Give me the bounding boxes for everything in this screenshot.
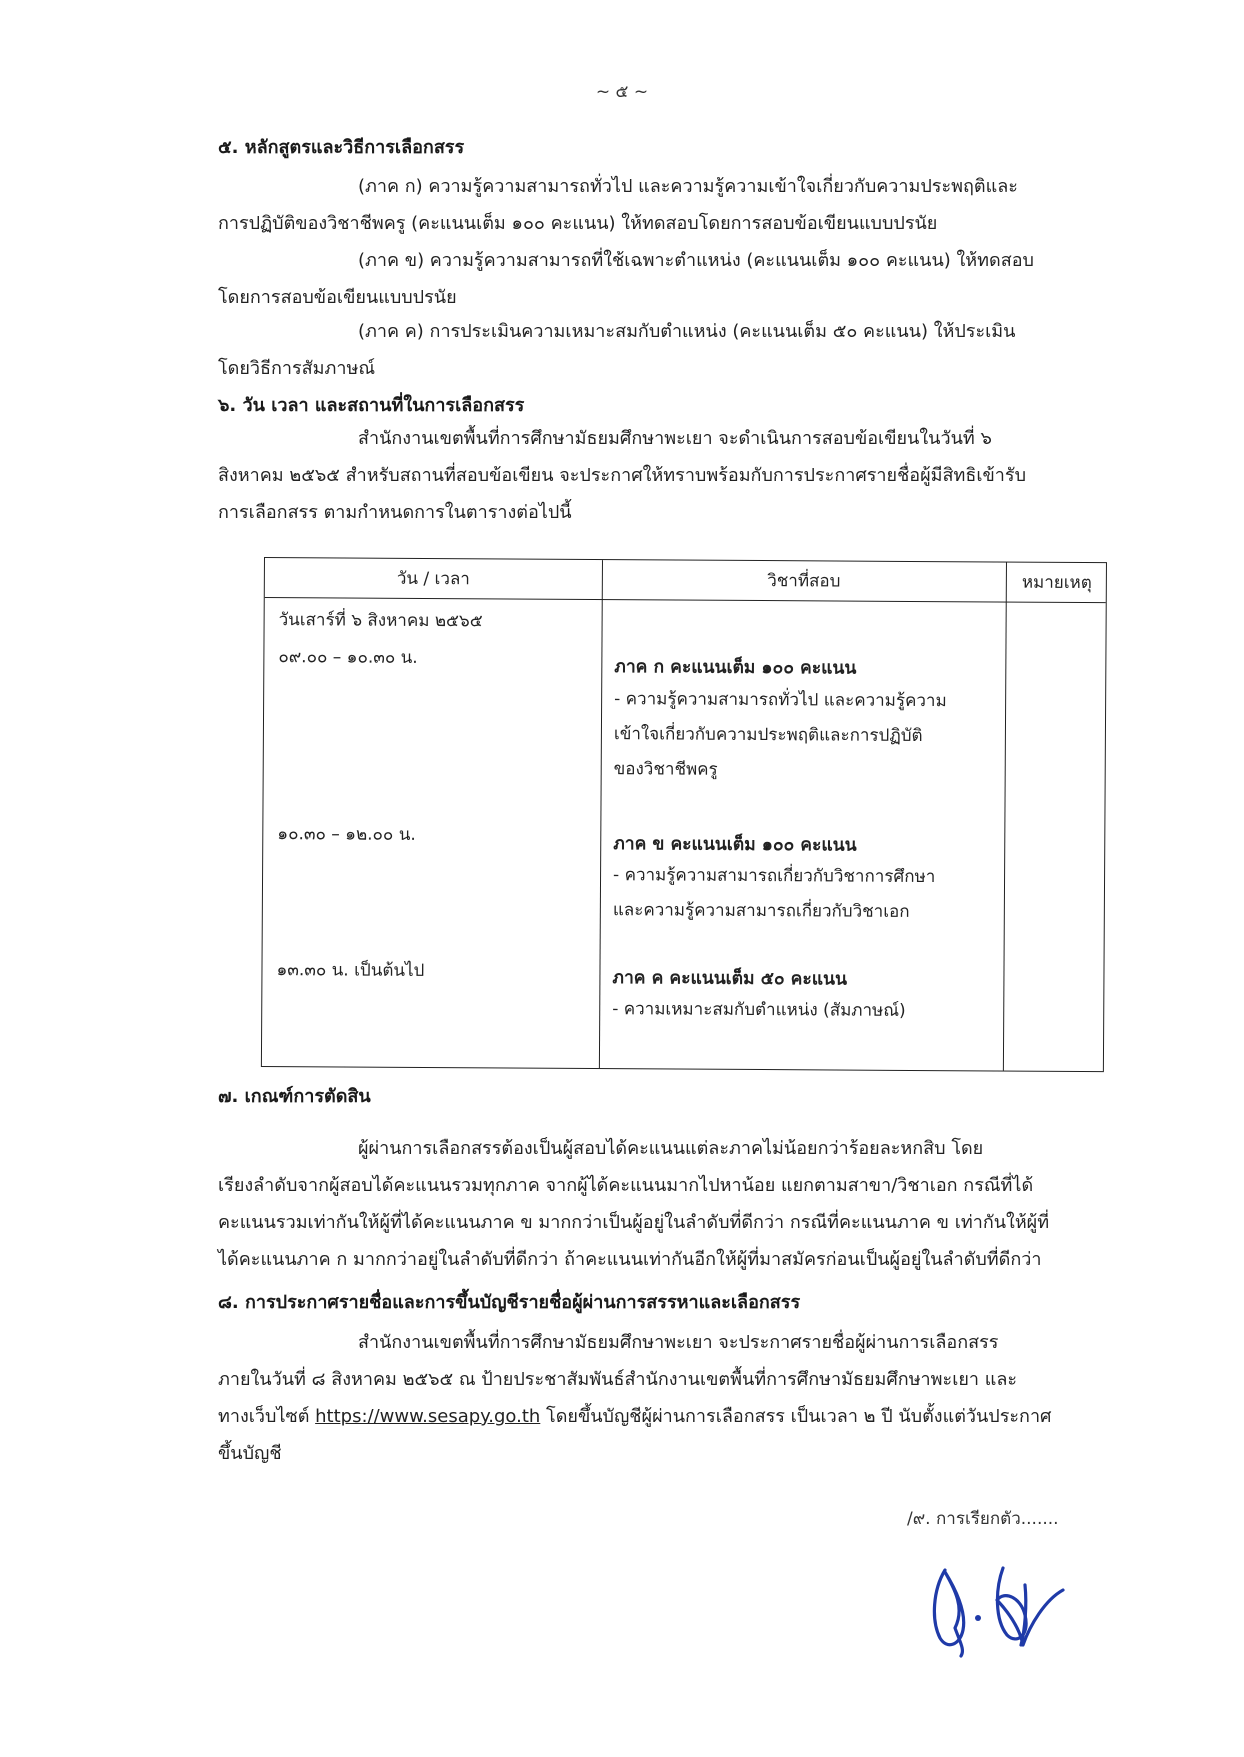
signature-image xyxy=(925,1560,1070,1660)
part-a-line-2: การปฏิบัติของวิชาชีพครู (คะแนนเต็ม ๑๐๐ ค… xyxy=(218,205,1090,242)
section-8-body: สำนักงานเขตพื้นที่การศึกษามัธยมศึกษาพะเย… xyxy=(218,1324,1090,1472)
section-6-line-2: สิงหาคม ๒๕๖๕ สำหรับสถานที่สอบข้อเขียน จะ… xyxy=(218,457,1090,494)
section-7-line-3: คะแนนรวมเท่ากันให้ผู้ที่ได้คะแนนภาค ข มา… xyxy=(218,1204,1090,1241)
header-divider xyxy=(265,597,1106,603)
section-7-line-2: เรียงลำดับจากผู้สอบได้คะแนนรวมทุกภาค จาก… xyxy=(218,1167,1090,1204)
row-2-desc-line: และความรู้ความสามารถเกี่ยวกับวิชาเอก xyxy=(613,893,935,930)
section-5-body: (ภาค ก) ความรู้ความสามารถทั่วไป และความร… xyxy=(218,168,1090,316)
header-note: หมายเหตุ xyxy=(1006,569,1108,597)
header-subject: วิชาที่สอบ xyxy=(602,566,1006,595)
part-c-line-2: โดยวิธีการสัมภาษณ์ xyxy=(218,350,1090,387)
part-c-line-1: (ภาค ค) การประเมินความเหมาะสมกับตำแหน่ง … xyxy=(218,313,1090,350)
section-6-line-3: การเลือกสรร ตามกำหนดการในตารางต่อไปนี้ xyxy=(218,494,1090,531)
column-divider xyxy=(1003,563,1007,1071)
part-b-line-2: โดยการสอบข้อเขียนแบบปรนัย xyxy=(218,279,1090,316)
row-2-desc-line: - ความรู้ความสามารถเกี่ยวกับวิชาการศึกษา xyxy=(613,858,935,895)
section-7-heading: ๗. เกณฑ์การตัดสิน xyxy=(218,1081,371,1110)
row-3-time: ๑๓.๓๐ น. เป็นต้นไป xyxy=(276,956,424,984)
website-suffix: โดยขึ้นบัญชีผู้ผ่านการเลือกสรร เป็นเวลา … xyxy=(540,1406,1051,1427)
section-8-line-1: สำนักงานเขตพื้นที่การศึกษามัธยมศึกษาพะเย… xyxy=(218,1324,1090,1361)
row-1-desc-line: ของวิชาชีพครู xyxy=(614,752,947,789)
exam-date: วันเสาร์ที่ ๖ สิงหาคม ๒๕๖๕ xyxy=(279,606,483,634)
section-7-line-1: ผู้ผ่านการเลือกสรรต้องเป็นผู้สอบได้คะแนน… xyxy=(218,1130,1090,1167)
row-3-subject-desc: - ความเหมาะสมกับตำแหน่ง (สัมภาษณ์) xyxy=(612,992,906,1029)
row-1-time: ๐๙.๐๐ – ๑๐.๓๐ น. xyxy=(278,643,417,671)
section-5-heading: ๕. หลักสูตรและวิธีการเลือกสรร xyxy=(218,132,464,161)
row-2-subject-desc: - ความรู้ความสามารถเกี่ยวกับวิชาการศึกษา… xyxy=(613,858,936,930)
website-link[interactable]: https://www.sesapy.go.th xyxy=(315,1406,540,1427)
row-1-desc-line: - ความรู้ความสามารถทั่วไป และความรู้ความ xyxy=(614,682,947,719)
section-6-heading: ๖. วัน เวลา และสถานที่ในการเลือกสรร xyxy=(218,390,524,419)
section-6-body: สำนักงานเขตพื้นที่การศึกษามัธยมศึกษาพะเย… xyxy=(218,420,1090,531)
row-1-desc-line: เข้าใจเกี่ยวกับความประพฤติและการปฏิบัติ xyxy=(614,717,947,754)
section-8-heading: ๘. การประกาศรายชื่อและการขึ้นบัญชีรายชื่… xyxy=(218,1287,800,1316)
row-2-time: ๑๐.๓๐ – ๑๒.๐๐ น. xyxy=(277,820,416,848)
row-3-desc-line: - ความเหมาะสมกับตำแหน่ง (สัมภาษณ์) xyxy=(612,992,906,1029)
section-6-line-1: สำนักงานเขตพื้นที่การศึกษามัธยมศึกษาพะเย… xyxy=(218,420,1090,457)
column-divider xyxy=(599,560,603,1068)
next-page-reference: /๙. การเรียกตัว....... xyxy=(907,1505,1059,1532)
header-date-time: วัน / เวลา xyxy=(265,564,602,593)
section-8-line-3: ทางเว็บไซต์ https://www.sesapy.go.th โดย… xyxy=(218,1398,1090,1435)
row-2-subject-title: ภาค ข คะแนนเต็ม ๑๐๐ คะแนน xyxy=(613,829,857,858)
row-1-subject-desc: - ความรู้ความสามารถทั่วไป และความรู้ความ… xyxy=(614,682,947,789)
part-b-line-1: (ภาค ข) ความรู้ความสามารถที่ใช้เฉพาะตำแห… xyxy=(218,242,1090,279)
row-3-subject-title: ภาค ค คะแนนเต็ม ๕๐ คะแนน xyxy=(612,963,847,992)
section-8-line-2: ภายในวันที่ ๘ สิงหาคม ๒๕๖๕ ณ ป้ายประชาสั… xyxy=(218,1361,1090,1398)
row-1-subject-title: ภาค ก คะแนนเต็ม ๑๐๐ คะแนน xyxy=(614,652,856,681)
section-8-line-4: ขึ้นบัญชี xyxy=(218,1435,1090,1472)
section-5-part-c: (ภาค ค) การประเมินความเหมาะสมกับตำแหน่ง … xyxy=(218,313,1090,387)
exam-schedule-table: วัน / เวลา วิชาที่สอบ หมายเหตุ วันเสาร์ท… xyxy=(261,557,1107,1072)
page-number: ~ ๕ ~ xyxy=(0,78,1244,105)
part-a-line-1: (ภาค ก) ความรู้ความสามารถทั่วไป และความร… xyxy=(218,168,1090,205)
website-prefix: ทางเว็บไซต์ xyxy=(218,1406,315,1427)
signature-strokes xyxy=(934,1568,1063,1656)
section-7-line-4: ได้คะแนนภาค ก มากกว่าอยู่ในลำดับที่ดีกว่… xyxy=(218,1241,1090,1278)
section-7-body: ผู้ผ่านการเลือกสรรต้องเป็นผู้สอบได้คะแนน… xyxy=(218,1130,1090,1278)
